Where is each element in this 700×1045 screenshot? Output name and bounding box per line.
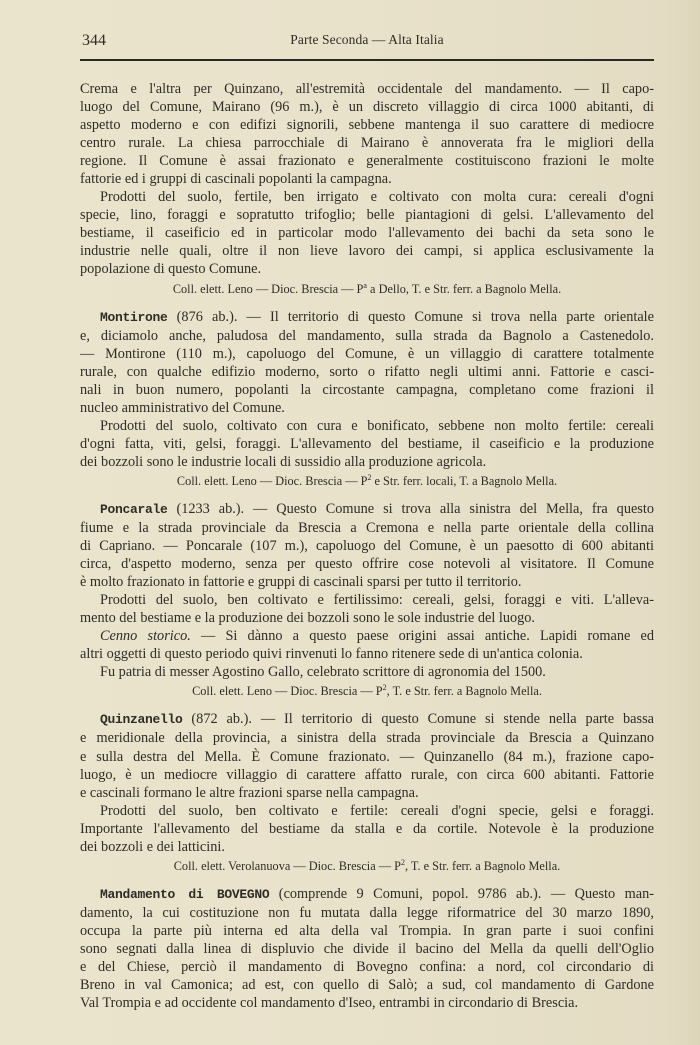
entry-montirone: Montirone (876 ab.). — Il territorio di …	[80, 308, 654, 417]
running-title: Parte Seconda — Alta Italia	[80, 32, 654, 48]
running-header: 344 Parte Seconda — Alta Italia	[80, 28, 654, 52]
entry-mandamento-bovegno: Mandamento di BOVEGNO (comprende 9 Comun…	[80, 885, 654, 1012]
entry-quinzanello: Quinzanello (872 ab.). — Il territorio d…	[80, 710, 654, 801]
paragraph-mairano-products: Prodotti del suolo, fertile, ben irrigat…	[80, 188, 654, 278]
entry-poncarale: Poncarale (1233 ab.). — Questo Comune si…	[80, 500, 654, 591]
paragraph-poncarale-patria: Fu patria di messer Agostino Gallo, cele…	[80, 663, 654, 681]
page-body: Crema e l'altra per Quinzano, all'estrem…	[80, 80, 654, 1012]
paragraph-mairano-description: Crema e l'altra per Quinzano, all'estrem…	[80, 80, 654, 188]
cenno-storico-label: Cenno storico.	[100, 628, 191, 644]
entry-title-poncarale: Poncarale	[100, 502, 168, 517]
reference-line-quinzanello: Coll. elett. Verolanuova — Dioc. Brescia…	[80, 858, 654, 875]
paragraph-quinzanello-products: Prodotti del suolo, ben coltivato e fert…	[80, 802, 654, 856]
reference-line-mairano: Coll. elett. Leno — Dioc. Brescia — Pa a…	[80, 281, 654, 298]
entry-title-bovegno: Mandamento di BOVEGNO	[100, 887, 269, 902]
reference-line-montirone: Coll. elett. Leno — Dioc. Brescia — P2 e…	[80, 473, 654, 490]
reference-line-poncarale: Coll. elett. Leno — Dioc. Brescia — P2, …	[80, 683, 654, 700]
entry-title-montirone: Montirone	[100, 310, 168, 325]
entry-title-quinzanello: Quinzanello	[100, 712, 183, 727]
paragraph-montirone-products: Prodotti del suolo, coltivato con cura e…	[80, 417, 654, 471]
book-page: 344 Parte Seconda — Alta Italia Crema e …	[80, 28, 654, 52]
paragraph-poncarale-history: Cenno storico. — Si dànno a questo paese…	[80, 627, 654, 663]
paragraph-poncarale-products: Prodotti del suolo, ben coltivato e fert…	[80, 591, 654, 627]
header-rule	[80, 59, 654, 61]
